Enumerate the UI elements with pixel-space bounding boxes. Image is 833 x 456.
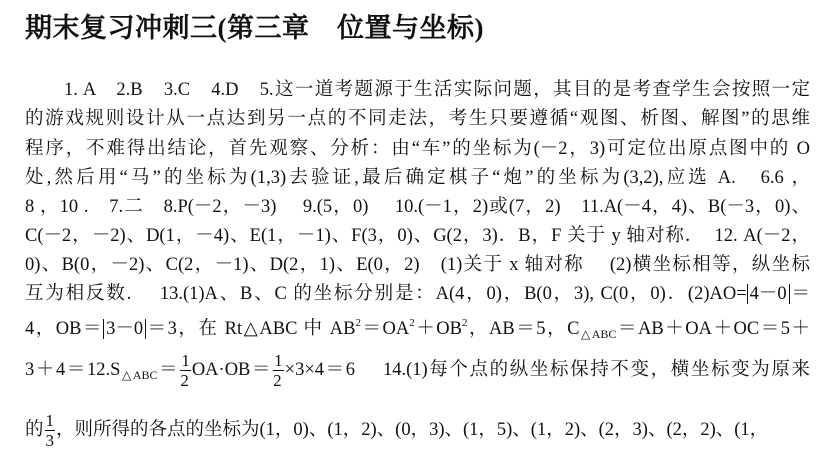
answer-line-7: 0)、B(0，－2)、C(2，－1)、D(2，1)、E(0，2) (1)关于 x…	[25, 253, 810, 277]
fraction-one-half: 12	[273, 352, 284, 389]
line-10-text-a: 3＋4＝12.S	[25, 360, 120, 380]
equals-sign: ＝	[790, 284, 810, 304]
fraction-denominator: 3	[45, 431, 56, 449]
line-10-text-d: ×3×4＝6 14.(1)每个点的纵坐标保持不变，横坐标变为原来	[285, 360, 810, 380]
line-10-text-b: ＝	[158, 360, 180, 380]
answer-line-6: C(－2，－2)、D(1，－4)、E(1，－1)、F(3，0)、G(2，3)．B…	[25, 224, 810, 248]
answer-line-1: 1. A 2.B 3.C 4.D 5.这一道考题源于生活实际问题，其目的是考查学…	[64, 78, 810, 102]
fraction-numerator: 1	[45, 412, 56, 431]
fraction-numerator: 1	[180, 352, 191, 371]
line-9-text-b: ＝3，在 Rt△ABC 中 AB	[146, 319, 355, 339]
fraction-numerator: 1	[273, 352, 284, 371]
line-9-text-c: ＝OA	[361, 319, 409, 339]
line-8-text: 互为相反数. 13.(1)A、B、C 的坐标分别是：A(4，0)，B(0，3),…	[25, 284, 747, 304]
absolute-value: 3－0	[103, 319, 146, 339]
line-11-text-b: ，则所得的各点的坐标为(1，0)、(1，2)、(0，3)、(1，5)、(1，2)…	[56, 420, 768, 440]
answer-line-5: 8 ，10 . 7.二 8.P(－2，－3) 9.(5，0) 10.(－1，2)…	[25, 195, 810, 219]
fraction-denominator: 2	[180, 371, 191, 389]
answer-line-4: 处,然后用“马”的坐标为(1,3)去验证,最后确定棋子“炮”的坐标为(3,2),…	[25, 166, 810, 190]
line-9-text-a: 4，OB＝	[25, 319, 103, 339]
line-11-text-a: 的	[25, 420, 44, 440]
subscript: △ABC	[120, 368, 157, 382]
line-9-text-f: ＝AB＋OA＋OC＝5＋	[616, 319, 810, 339]
answer-line-8: 互为相反数. 13.(1)A、B、C 的坐标分别是：A(4，0)，B(0，3),…	[25, 282, 810, 306]
answer-line-2: 的游戏规则设计从一点达到另一点的不同走法，考生只要遵循“观图、析图、解图”的思维	[25, 107, 810, 131]
fraction-one-third: 13	[45, 412, 56, 449]
answer-line-3: 程序，不难得出结论，首先观察、分析：由“车”的坐标为(－2，3)可定位出原点图中…	[25, 137, 810, 161]
fraction-one-half: 12	[180, 352, 191, 389]
line-9-text-e: ，AB＝5，C	[467, 319, 579, 339]
answer-line-10: 3＋4＝12.S△ABC＝12OA·OB＝12×3×4＝6 14.(1)每个点的…	[25, 352, 810, 389]
line-9-text-d: ＋OB	[415, 319, 462, 339]
answer-line-9: 4，OB＝3－0＝3，在 Rt△ABC 中 AB2＝OA2＋OB2，AB＝5，C…	[25, 311, 810, 346]
subscript: △ABC	[579, 327, 616, 341]
page-title: 期末复习冲刺三(第三章 位置与坐标)	[25, 6, 484, 45]
line-10-text-c: OA·OB＝	[192, 360, 272, 380]
absolute-value: 4－0	[747, 284, 790, 304]
answer-line-11: 的13，则所得的各点的坐标为(1，0)、(1，2)、(0，3)、(1，5)、(1…	[25, 412, 810, 449]
fraction-denominator: 2	[273, 371, 284, 389]
